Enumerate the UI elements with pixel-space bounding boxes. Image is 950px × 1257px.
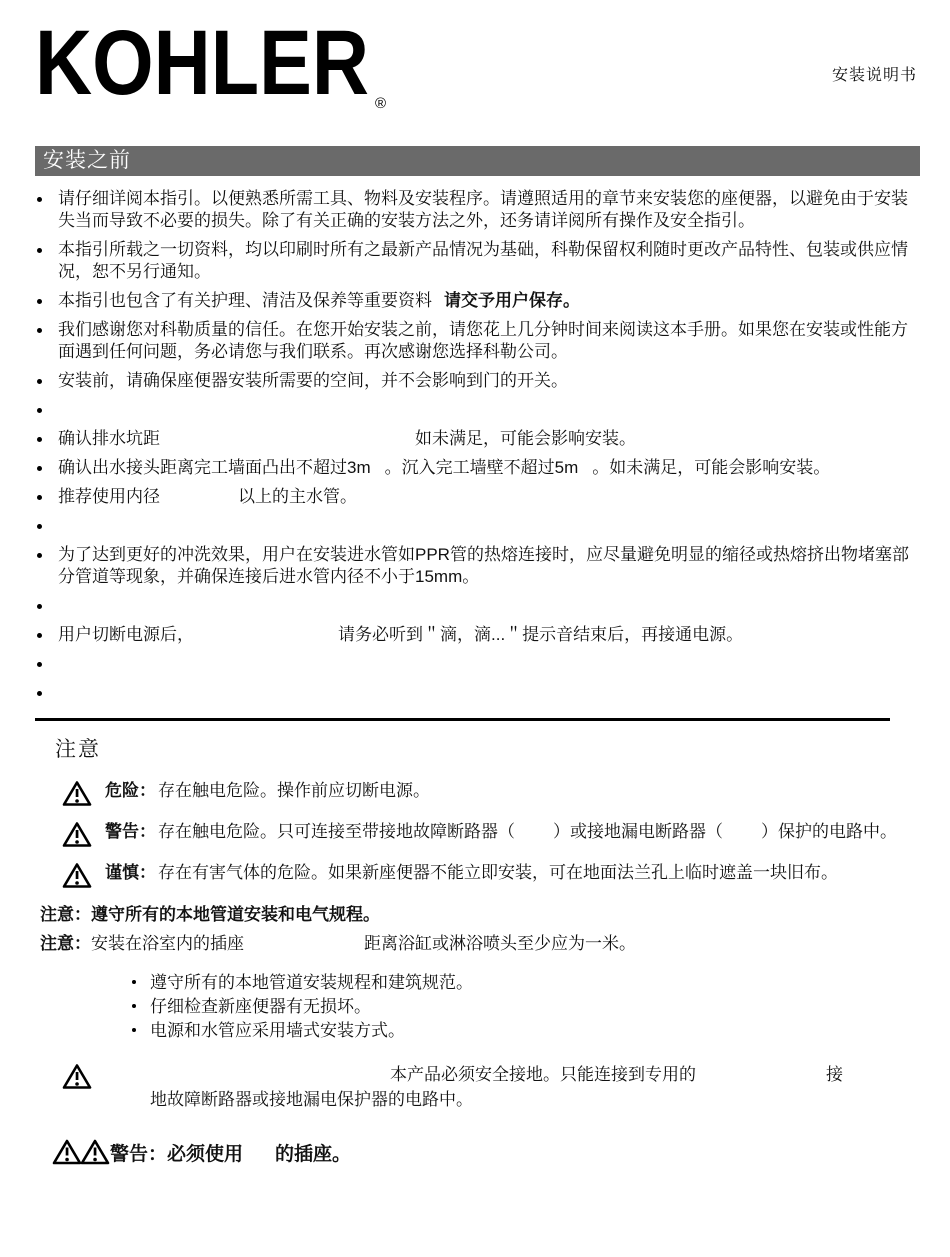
list-item (35, 399, 920, 421)
kohler-logo: KOHLER ® (35, 16, 407, 112)
text-segment: 存在有害气体的危险。如果新座便器不能立即安装，可在地面法兰孔上临时遮盖一块旧布。 (158, 863, 838, 882)
grounding-text: 本产品必须安全接地。只能连接到专用的接地故障断路器或接地漏电保护器的电路中。 (150, 1062, 850, 1112)
warning-label: 警告： (105, 820, 156, 844)
text-segment: 安装在浴室内的插座 (91, 934, 244, 953)
warning-triangle-icon (62, 862, 92, 889)
bullet-dot-icon (37, 379, 42, 384)
text-segment: ）或接地漏电断路器（ (553, 822, 723, 841)
list-item: 仔细检查新座便器有无损坏。 (130, 995, 950, 1018)
list-item: 安装前，请确保座便器安装所需要的空间，并不会影响到门的开关。 (35, 370, 920, 392)
warning-text: 警告：存在触电危险。只可连接至带接地故障断路器（）或接地漏电断路器（）保护的电路… (105, 820, 920, 848)
warning-triangle-icon (62, 1063, 92, 1090)
list-item: 我们感谢您对科勒质量的信任。在您开始安装之前，请您花上几分钟时间来阅读这本手册。… (35, 319, 920, 363)
list-item-text: 请仔细详阅本指引。以便熟悉所需工具、物料及安装程序。请遵照适用的章节来安装您的座… (58, 188, 920, 232)
list-item-text: 仔细检查新座便器有无损坏。 (150, 995, 950, 1018)
warning-rows: 危险：存在触电危险。操作前应切断电源。警告：存在触电危险。只可连接至带接地故障断… (0, 779, 950, 889)
text-segment: 用户切断电源后， (58, 625, 194, 644)
text-segment: 确认排水坑距 (58, 429, 160, 448)
list-item-text (58, 399, 920, 421)
list-item-text: 推荐使用内径以上的主水管。 (58, 486, 920, 508)
list-item-text: 确认排水坑距如未满足，可能会影响安装。 (58, 428, 920, 450)
list-item (35, 653, 920, 675)
warning-row: 危险：存在触电危险。操作前应切断电源。 (62, 779, 920, 807)
section-banner: 安装之前 (35, 146, 920, 176)
text-segment: 以上的主水管。 (238, 487, 357, 506)
text-segment: 本指引所载之一切资料，均以印刷时所有之最新产品情况为基础，科勒保留权利随时更改产… (58, 240, 908, 281)
list-item-text: 用户切断电源后，请务必听到＂滴，滴...＂提示音结束后，再接通电源。 (58, 624, 920, 646)
before-install-list: 请仔细详阅本指引。以便熟悉所需工具、物料及安装程序。请遵照适用的章节来安装您的座… (35, 188, 920, 704)
text-segment: 推荐使用内径 (58, 487, 160, 506)
bullet-dot-icon (37, 299, 42, 304)
text-segment: 安装前，请确保座便器安装所需要的空间，并不会影响到门的开关。 (58, 371, 568, 390)
notes-sub-bullet-list: 遵守所有的本地管道安装规程和建筑规范。仔细检查新座便器有无损坏。电源和水管应采用… (130, 971, 950, 1042)
list-item-text (58, 595, 920, 617)
text-segment: 我们感谢您对科勒质量的信任。在您开始安装之前，请您花上几分钟时间来阅读这本手册。… (58, 320, 908, 361)
registered-mark: ® (375, 95, 386, 112)
blank-gap (696, 1075, 826, 1077)
list-item: 请仔细详阅本指引。以便熟悉所需工具、物料及安装程序。请遵照适用的章节来安装您的座… (35, 188, 920, 232)
bullet-dot-icon (132, 980, 136, 984)
text-segment: 存在触电危险。只可连接至带接地故障断路器（ (158, 822, 515, 841)
notes-heading: 注意 (55, 733, 950, 763)
notice-row: 注意：安装在浴室内的插座距离浴缸或淋浴喷头至少应为一米。 (40, 931, 920, 957)
warning-row: 警告：存在触电危险。只可连接至带接地故障断路器（）或接地漏电断路器（）保护的电路… (62, 820, 920, 848)
warning-triangle-icon (62, 780, 92, 807)
bullet-dot-icon (37, 604, 42, 609)
list-item (35, 595, 920, 617)
text-segment: 请交予用户保存。 (444, 291, 580, 310)
blank-gap (244, 944, 364, 946)
list-item: 电源和水管应采用墙式安装方式。 (130, 1019, 950, 1042)
bullet-dot-icon (37, 691, 42, 696)
text-segment: 存在触电危险。操作前应切断电源。 (158, 781, 430, 800)
bullet-dot-icon (37, 466, 42, 471)
blank-gap (515, 832, 553, 834)
list-item-text: 遵守所有的本地管道安装规程和建筑规范。 (150, 971, 950, 994)
bullet-dot-icon (37, 197, 42, 202)
notes-section: 注意 危险：存在触电危险。操作前应切断电源。警告：存在触电危险。只可连接至带接地… (0, 733, 950, 1166)
notice-label: 注意： (40, 934, 91, 953)
text-segment: 为了达到更好的冲洗效果，用户在安装进水管如PPR管的热熔连接时，应尽量避免明显的… (58, 545, 909, 586)
text-segment: 请仔细详阅本指引。以便熟悉所需工具、物料及安装程序。请遵照适用的章节来安装您的座… (58, 189, 908, 230)
blank-gap (578, 468, 592, 470)
list-item-text: 为了达到更好的冲洗效果，用户在安装进水管如PPR管的热熔连接时，应尽量避免明显的… (58, 544, 920, 588)
list-item-text: 确认出水接头距离完工墙面凸出不超过3m。沉入完工墙壁不超过5m。如未满足，可能会… (58, 457, 920, 479)
bullet-dot-icon (132, 1004, 136, 1008)
warning-triangle-icon (80, 1138, 110, 1166)
list-item (35, 682, 920, 704)
bullet-dot-icon (37, 437, 42, 442)
final-warning-label: 警告： (110, 1144, 167, 1165)
text-segment: 遵守所有的本地管道安装和电气规程。 (91, 905, 380, 924)
warning-label: 谨慎： (105, 861, 156, 885)
list-item: 遵守所有的本地管道安装规程和建筑规范。 (130, 971, 950, 994)
list-item: 确认排水坑距如未满足，可能会影响安装。 (35, 428, 920, 450)
warning-text: 谨慎：存在有害气体的危险。如果新座便器不能立即安装，可在地面法兰孔上临时遮盖一块… (105, 861, 920, 889)
list-item-text (58, 653, 920, 675)
section-banner-title: 安装之前 (43, 149, 131, 172)
notice-label: 注意： (40, 905, 91, 924)
manual-header: KOHLER ® 安装说明书 (0, 0, 950, 112)
warning-label: 危险： (105, 779, 156, 803)
list-item-text: 本指引所载之一切资料，均以印刷时所有之最新产品情况为基础，科勒保留权利随时更改产… (58, 239, 920, 283)
bullet-dot-icon (37, 408, 42, 413)
notice-row: 注意：遵守所有的本地管道安装和电气规程。 (40, 902, 920, 928)
bullet-dot-icon (37, 524, 42, 529)
list-item-text (58, 515, 920, 537)
blank-gap (371, 468, 385, 470)
text-segment: 请务必听到＂滴，滴...＂提示音结束后，再接通电源。 (338, 625, 743, 644)
bullet-dot-icon (132, 1028, 136, 1032)
text-segment: 。如未满足，可能会影响安装。 (592, 458, 830, 477)
text-segment: 距离浴缸或淋浴喷头至少应为一米。 (364, 934, 636, 953)
warning-triangle-icon (52, 1138, 82, 1166)
blank-gap (160, 497, 238, 499)
list-item: 确认出水接头距离完工墙面凸出不超过3m。沉入完工墙壁不超过5m。如未满足，可能会… (35, 457, 920, 479)
list-item-text: 本指引也包含了有关护理、清洁及保养等重要资料请交予用户保存。 (58, 290, 920, 312)
list-item-text: 安装前，请确保座便器安装所需要的空间，并不会影响到门的开关。 (58, 370, 920, 392)
text-segment: 如未满足，可能会影响安装。 (415, 429, 636, 448)
list-item-text: 电源和水管应采用墙式安装方式。 (150, 1019, 950, 1042)
text-segment: 本指引也包含了有关护理、清洁及保养等重要资料 (58, 291, 432, 310)
list-item: 推荐使用内径以上的主水管。 (35, 486, 920, 508)
text-segment: 的插座。 (275, 1144, 351, 1165)
grounding-note: 本产品必须安全接地。只能连接到专用的接地故障断路器或接地漏电保护器的电路中。 (62, 1062, 950, 1112)
warning-row: 谨慎：存在有害气体的危险。如果新座便器不能立即安装，可在地面法兰孔上临时遮盖一块… (62, 861, 920, 889)
bullet-dot-icon (37, 495, 42, 500)
list-item-text (58, 682, 920, 704)
blank-gap (243, 1153, 275, 1155)
list-item-text: 我们感谢您对科勒质量的信任。在您开始安装之前，请您花上几分钟时间来阅读这本手册。… (58, 319, 920, 363)
notice-rows: 注意：遵守所有的本地管道安装和电气规程。注意：安装在浴室内的插座距离浴缸或淋浴喷… (0, 902, 950, 957)
document-page: KOHLER ® 安装说明书 安装之前 请仔细详阅本指引。以便熟悉所需工具、物料… (0, 0, 950, 1257)
blank-gap (160, 439, 415, 441)
bullet-dot-icon (37, 248, 42, 253)
list-item: 用户切断电源后，请务必听到＂滴，滴...＂提示音结束后，再接通电源。 (35, 624, 920, 646)
list-item: 本指引所载之一切资料，均以印刷时所有之最新产品情况为基础，科勒保留权利随时更改产… (35, 239, 920, 283)
final-warning: 警告：必须使用的插座。 (52, 1138, 950, 1166)
text-segment: ）保护的电路中。 (761, 822, 897, 841)
text-segment: 必须使用 (167, 1144, 243, 1165)
final-warning-text: 警告：必须使用的插座。 (110, 1139, 351, 1166)
brand-wordmark: KOHLER (35, 16, 369, 112)
blank-gap (150, 1075, 390, 1077)
blank-gap (432, 301, 444, 303)
list-item (35, 515, 920, 537)
bullet-dot-icon (37, 328, 42, 333)
bullet-dot-icon (37, 553, 42, 558)
bullet-dot-icon (37, 662, 42, 667)
text-segment: 确认出水接头距离完工墙面凸出不超过3m (58, 458, 371, 477)
warning-text: 危险：存在触电危险。操作前应切断电源。 (105, 779, 920, 807)
doc-type-label: 安装说明书 (832, 62, 917, 85)
text-segment: 。沉入完工墙壁不超过5m (385, 458, 579, 477)
kohler-logo-graphic: KOHLER ® (35, 16, 407, 112)
bullet-dot-icon (37, 633, 42, 638)
section-divider (35, 718, 890, 721)
list-item: 本指引也包含了有关护理、清洁及保养等重要资料请交予用户保存。 (35, 290, 920, 312)
warning-triangle-icon (62, 821, 92, 848)
text-segment: 本产品必须安全接地。只能连接到专用的 (390, 1065, 696, 1084)
blank-gap (194, 635, 338, 637)
list-item: 为了达到更好的冲洗效果，用户在安装进水管如PPR管的热熔连接时，应尽量避免明显的… (35, 544, 920, 588)
blank-gap (723, 832, 761, 834)
